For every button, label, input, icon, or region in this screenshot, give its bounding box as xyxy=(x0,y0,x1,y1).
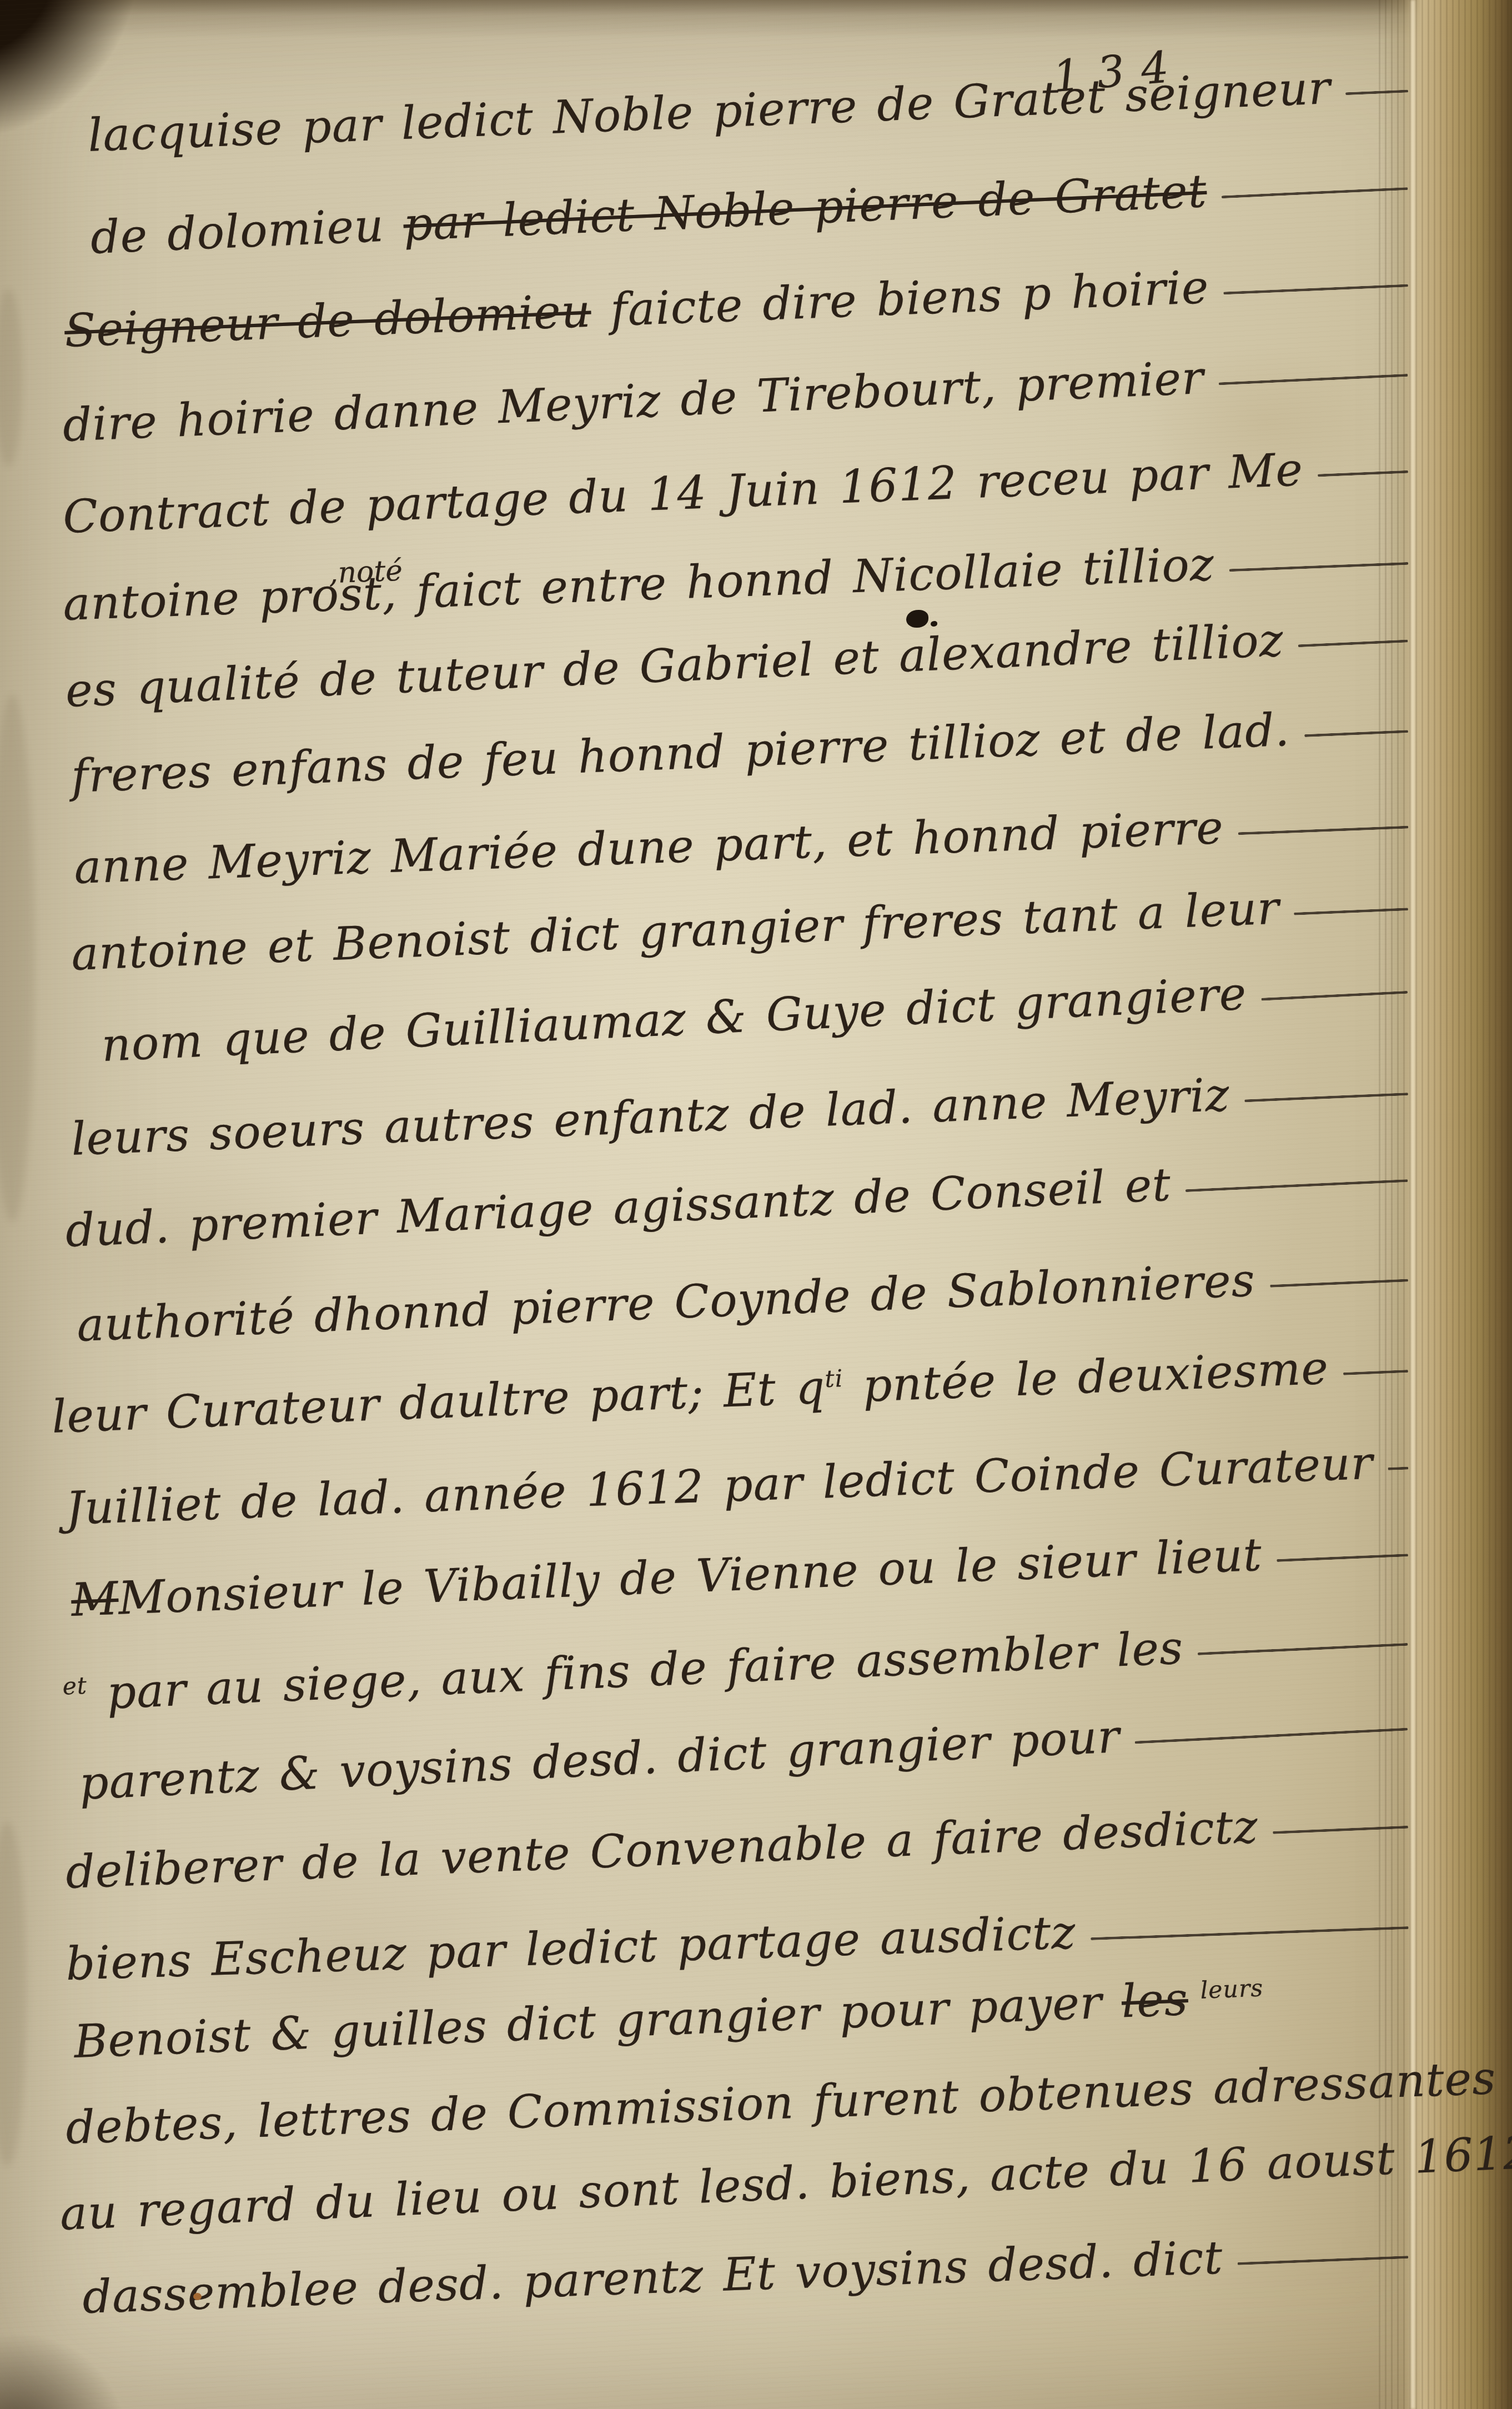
interline-annotation: ,noté xyxy=(328,554,403,590)
manuscript-photo: 134 lacquise par ledict Noble pierre de … xyxy=(0,0,1512,2409)
line-text: freres enfans de feu honnd pierre tillio… xyxy=(71,707,1290,801)
line-text: lacquise par ledict Noble pierre de Grat… xyxy=(87,64,1332,160)
line-text: deliberer de la vente Convenable a faire… xyxy=(65,1803,1259,1897)
manuscript-line: lacquise par ledict Noble pierre de Grat… xyxy=(86,43,1412,160)
line-text: dassemblee desd. parentz Et voysins desd… xyxy=(82,2234,1224,2322)
filler-stroke xyxy=(1091,1926,1409,1940)
line-text: dud. premier Mariage agissantz de Consei… xyxy=(64,1161,1172,1255)
line-text: leur Curateur daultre part; Et qti pntée… xyxy=(51,1345,1330,1441)
filler-stroke xyxy=(1244,1093,1408,1102)
filler-stroke xyxy=(1229,562,1408,572)
filler-stroke xyxy=(1222,187,1408,198)
text-layer: lacquise par ledict Noble pierre de Grat… xyxy=(0,0,1512,2409)
manuscript-line: de dolomieu par ledict Noble pierre de G… xyxy=(89,140,1412,262)
filler-stroke xyxy=(1294,908,1408,915)
paper-fleck xyxy=(193,2293,202,2300)
filler-stroke xyxy=(1198,1643,1408,1655)
filler-stroke xyxy=(1277,1554,1408,1562)
filler-stroke xyxy=(1273,1826,1408,1834)
filler-stroke xyxy=(1223,284,1408,295)
filler-stroke xyxy=(1318,470,1408,477)
ink-blot xyxy=(906,610,928,628)
line-text: dire hoirie danne Meyriz de Tirebourt, p… xyxy=(62,354,1204,450)
filler-stroke xyxy=(1238,2256,1409,2265)
filler-stroke xyxy=(1388,1467,1408,1470)
filler-stroke xyxy=(1218,374,1408,385)
filler-stroke xyxy=(1343,1370,1408,1375)
filler-stroke xyxy=(1298,639,1408,647)
filler-stroke xyxy=(1261,991,1408,1001)
line-text: nom que de Guilliaumaz & Guye dict grang… xyxy=(101,970,1248,1070)
line-text: de dolomieu par ledict Noble pierre de G… xyxy=(89,168,1208,262)
filler-stroke xyxy=(1304,730,1408,737)
filler-stroke xyxy=(1238,826,1408,835)
filler-stroke xyxy=(1270,1279,1408,1287)
filler-stroke xyxy=(1186,1179,1408,1192)
filler-stroke xyxy=(1345,90,1408,96)
ink-blot xyxy=(931,621,937,627)
line-text: parentz & voysins desd. dict grangier po… xyxy=(78,1713,1121,1808)
filler-stroke xyxy=(1134,1728,1408,1744)
line-text: Seigneur de dolomieu faicte dire biens p… xyxy=(64,264,1210,355)
